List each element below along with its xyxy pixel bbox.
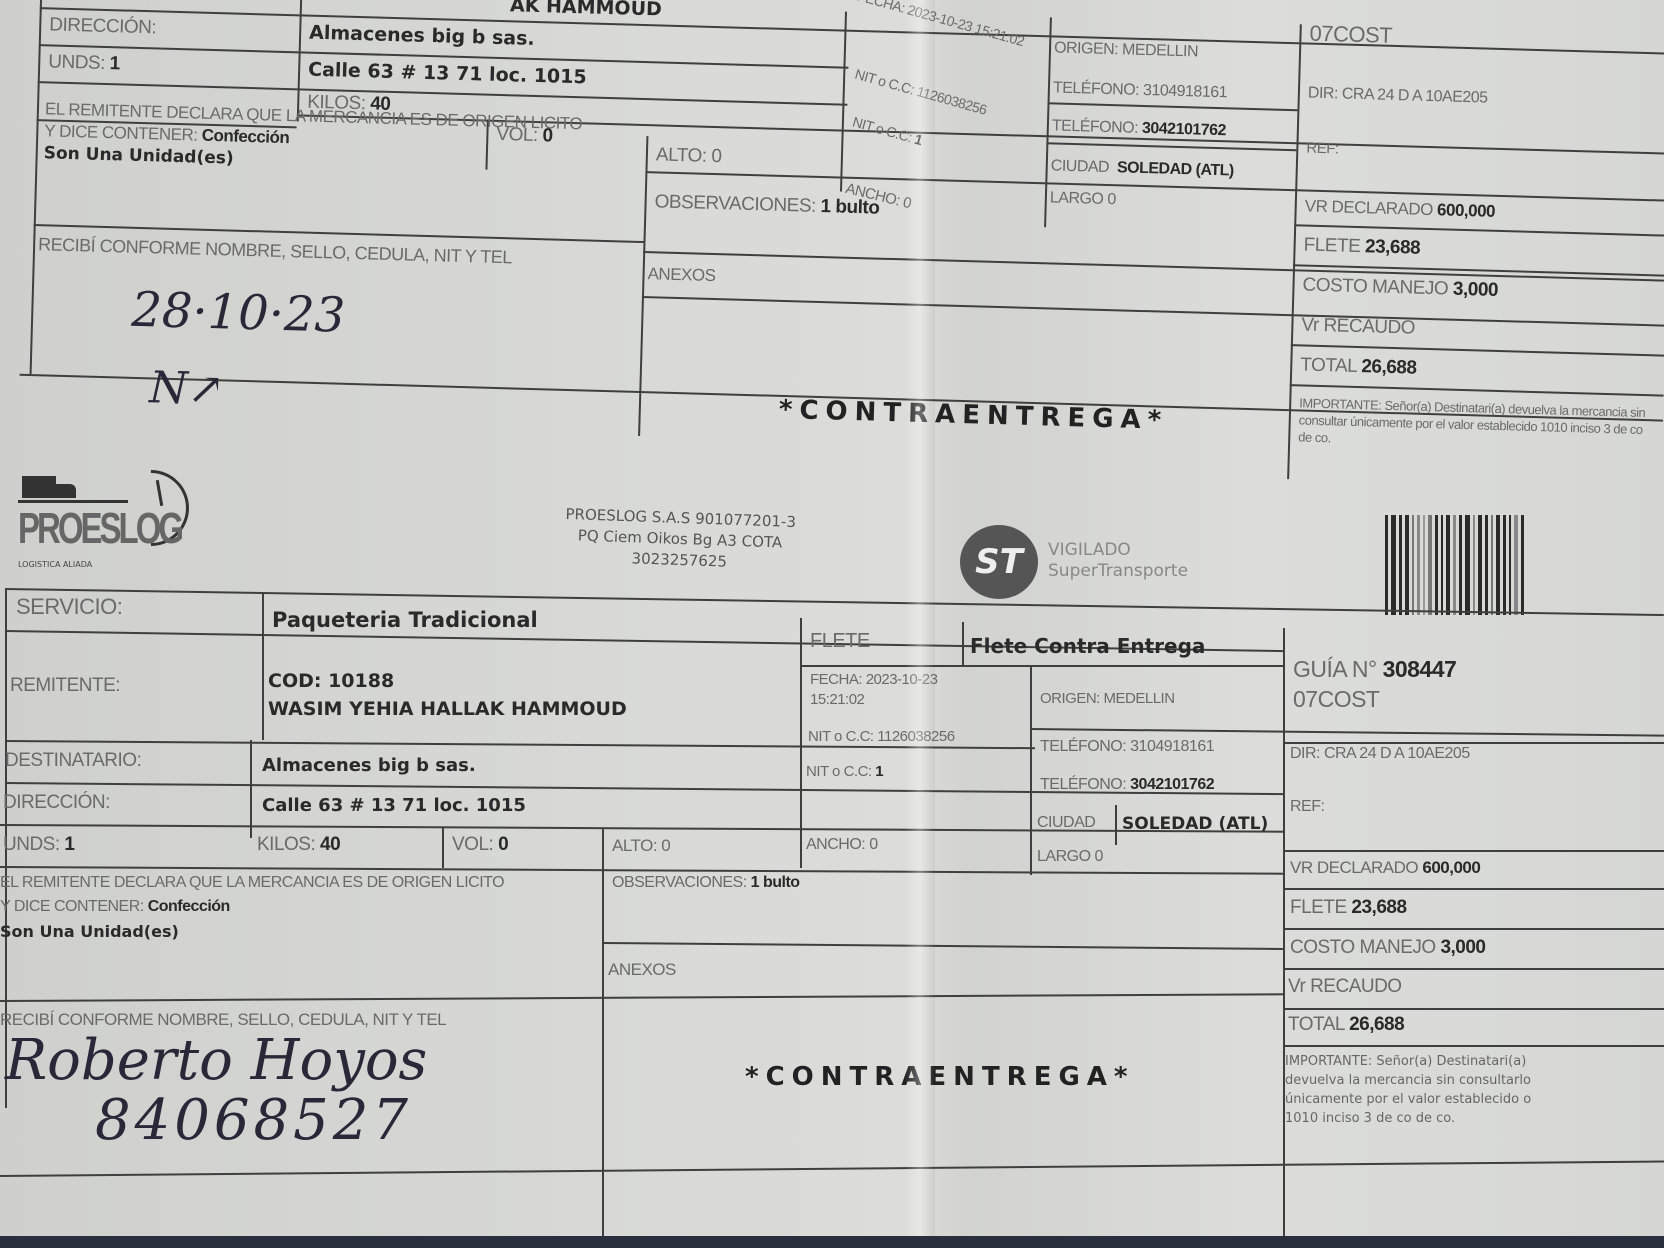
costo-manejo-value: 3,000 xyxy=(1453,279,1499,301)
costo-manejo-field: COSTO MANEJO 3,000 xyxy=(1302,274,1498,301)
declaracion-contents-value: Confección xyxy=(148,898,230,915)
flete-label: FLETE xyxy=(1290,897,1347,918)
paper-fold xyxy=(905,0,935,1248)
unds-label: UNDS: xyxy=(3,834,60,855)
bottom-waybill-copy: SERVICIO: Paqueteria Tradicional FLETE F… xyxy=(0,600,1664,1220)
divider xyxy=(840,12,847,192)
importante-line-3: únicamente por el valor establecido o xyxy=(1285,1090,1664,1109)
vr-declarado-field: VR DECLARADO 600,000 xyxy=(1290,858,1480,878)
company-info: PROESLOG S.A.S 901077201-3 PQ Ciem Oikos… xyxy=(539,503,821,576)
flete-field: FLETE 23,688 xyxy=(1303,235,1420,260)
supertransporte-badge: ST xyxy=(960,525,1038,599)
telefono2-value: 3042101762 xyxy=(1142,120,1226,139)
flete-type-label: FLETE xyxy=(810,630,870,653)
destinatario-value: Almacenes big b sas. xyxy=(309,22,535,50)
divider xyxy=(1046,142,1296,151)
total-field: TOTAL 26,688 xyxy=(1288,1014,1404,1036)
kilos-value: 40 xyxy=(320,834,340,855)
importante-line-2: devuelva la mercancia sin consultarlo xyxy=(1285,1071,1664,1090)
handwritten-mark: N↗ xyxy=(149,362,226,415)
flete-label: FLETE xyxy=(1303,235,1360,258)
total-label: TOTAL xyxy=(1288,1014,1344,1035)
vr-recaudo-label: Vr RECAUDO xyxy=(1288,976,1402,998)
total-label: TOTAL xyxy=(1300,354,1357,377)
divider xyxy=(297,0,302,121)
supertransporte-name: SuperTransporte xyxy=(1048,561,1188,582)
flete-field: FLETE 23,688 xyxy=(1290,897,1407,919)
ancho-label: ANCHO: xyxy=(806,836,865,853)
telefono1-field: TELÉFONO: 3104918161 xyxy=(1040,738,1214,756)
telefono2-label: TELÉFONO: xyxy=(1052,117,1139,136)
alto-value: 0 xyxy=(661,836,670,855)
top-waybill-copy: TARIO: AK HAMMOUD DIRECCIÓN: Almacenes b… xyxy=(0,0,1664,495)
telefono1-field: TELÉFONO: 3104918161 xyxy=(1053,79,1228,102)
total-value: 26,688 xyxy=(1349,1014,1404,1035)
origen-value: MEDELLIN xyxy=(1104,690,1175,707)
divider xyxy=(1283,928,1664,930)
anexos-label: ANEXOS xyxy=(608,960,676,980)
vr-declarado-value: 600,000 xyxy=(1437,200,1495,221)
alto-value: 0 xyxy=(711,146,722,167)
largo-field: LARGO 0 xyxy=(1037,848,1103,866)
handwritten-date: 28·10·23 xyxy=(131,282,346,344)
vol-field: VOL: 0 xyxy=(452,834,508,856)
unds-label-text: UNDS: xyxy=(48,51,105,74)
vr-declarado-field: VR DECLARADO 600,000 xyxy=(1304,197,1495,222)
telefono1-label: TELÉFONO: xyxy=(1040,738,1126,755)
divider xyxy=(442,828,444,868)
divider xyxy=(642,296,1664,327)
ciudad-value: SOLEDAD (ATL) xyxy=(1117,159,1234,179)
contraentrega-stamp: *CONTRAENTREGA* xyxy=(745,1062,1135,1092)
telefono1-value: 3104918161 xyxy=(1143,82,1227,101)
unds-field: UNDS: 1 xyxy=(3,834,74,856)
largo-value: 0 xyxy=(1094,848,1102,865)
guia-label: GUÍA N° xyxy=(1293,656,1377,682)
divider xyxy=(602,942,1283,950)
total-field: TOTAL 26,688 xyxy=(1300,354,1417,379)
origen-field: ORIGEN: MEDELLIN xyxy=(1040,690,1175,707)
unds-value: 1 xyxy=(109,53,120,74)
alto-label: ALTO: xyxy=(656,144,707,166)
ancho-field: ANCHO: 0 xyxy=(806,836,878,854)
ciudad-label: CIUDAD xyxy=(1037,814,1095,832)
observaciones-label: OBSERVACIONES: xyxy=(612,874,747,891)
ancho-value: 0 xyxy=(869,836,877,853)
origen-label: ORIGEN: xyxy=(1054,39,1119,58)
destinatario-label: TARIO: xyxy=(90,0,150,6)
logo-tagline: LOGISTICA ALIADA xyxy=(18,560,92,569)
vol-value: 0 xyxy=(498,834,508,855)
vigilado-text: VIGILADO xyxy=(1048,540,1188,561)
divider xyxy=(800,665,1285,667)
telefono1-label: TELÉFONO: xyxy=(1053,79,1140,98)
ref-label: REF: xyxy=(1290,798,1324,816)
divider xyxy=(1115,805,1117,845)
divider xyxy=(800,618,802,868)
fecha-time: 15:21:02 xyxy=(810,691,864,708)
importante-notice: IMPORTANTE: Señor(a) Destinatari(a) devu… xyxy=(1298,394,1659,455)
unds-label: UNDS: 1 xyxy=(48,51,120,75)
flete-type-value: Flete Contra Entrega xyxy=(970,634,1205,658)
origen-field: ORIGEN: MEDELLIN xyxy=(1054,39,1198,61)
destinatario-label: DESTINATARIO: xyxy=(5,750,141,772)
signature-id: 84068527 xyxy=(95,1088,412,1153)
declaracion-contents-value: Confección xyxy=(201,126,289,147)
divider xyxy=(1047,102,1297,111)
contraentrega-stamp: *CONTRAENTREGA* xyxy=(778,395,1168,436)
direccion-label: DIRECCIÓN: xyxy=(49,14,156,39)
costo-manejo-label: COSTO MANEJO xyxy=(1290,937,1436,958)
servicio-label: SERVICIO: xyxy=(16,594,122,620)
declaracion-contents-label: Y DICE CONTENER: xyxy=(0,898,144,915)
observaciones-value: 1 bulto xyxy=(751,874,800,891)
divider xyxy=(1030,728,1664,737)
divider xyxy=(262,592,264,740)
divider xyxy=(40,7,1664,55)
direccion-value: Calle 63 # 13 71 loc. 1015 xyxy=(262,795,526,816)
supertransporte-text: VIGILADO SuperTransporte xyxy=(1048,540,1188,582)
truck-cab xyxy=(56,484,76,498)
ciudad-label: CIUDAD xyxy=(1051,157,1110,176)
fecha-field: FECHA: 2023-10-23 15:21:02 xyxy=(856,0,1026,49)
desk-edge xyxy=(0,1236,1664,1248)
vr-declarado-label: VR DECLARADO xyxy=(1290,858,1418,877)
divider xyxy=(1283,968,1664,970)
nit2-label: NIT o C.C: xyxy=(806,763,872,780)
divider xyxy=(1030,665,1032,875)
divider xyxy=(250,740,252,838)
telefono1-value: 3104918161 xyxy=(1130,738,1214,755)
alto-field: ALTO: 0 xyxy=(612,836,670,856)
ref-label: REF: xyxy=(1306,140,1339,158)
observaciones-label: OBSERVACIONES: xyxy=(654,191,816,216)
largo-label: LARGO xyxy=(1037,848,1091,865)
truck-icon xyxy=(22,476,56,498)
vr-declarado-label: VR DECLARADO xyxy=(1304,197,1433,220)
divider xyxy=(1283,850,1664,852)
guia-code: 07COST xyxy=(1309,21,1392,49)
recibi-label: RECIBÍ CONFORME NOMBRE, SELLO, CEDULA, N… xyxy=(0,1010,446,1030)
remitente-cod: COD: 10188 xyxy=(268,670,394,692)
divider xyxy=(643,251,1664,282)
flete-value: 23,688 xyxy=(1365,236,1421,259)
servicio-value: Paqueteria Tradicional xyxy=(272,608,538,632)
direccion-value: Calle 63 # 13 71 loc. 1015 xyxy=(308,59,587,89)
divider xyxy=(1283,742,1664,744)
guia-code: 07COST xyxy=(1293,686,1379,713)
observaciones-field: OBSERVACIONES: 1 bulto xyxy=(612,874,800,892)
nit2-field: NIT o C.C: 1 xyxy=(806,763,883,780)
origen-value: MEDELLIN xyxy=(1122,41,1198,60)
alto-field: ALTO: 0 xyxy=(656,144,722,168)
declaracion-line-1: EL REMITENTE DECLARA QUE LA MERCANCIA ES… xyxy=(0,874,504,892)
proeslog-logo: PROESLOG LOGISTICA ALIADA xyxy=(18,470,193,575)
largo-label: LARGO xyxy=(1050,189,1104,207)
alto-label: ALTO: xyxy=(612,836,657,855)
divider xyxy=(0,1160,1664,1177)
declaracion-line-3: Son Una Unidad(es) xyxy=(0,922,179,941)
costo-manejo-label: COSTO MANEJO xyxy=(1302,274,1448,299)
anexos-label: ANEXOS xyxy=(647,264,715,286)
telefono2-field: TELÉFONO: 3042101762 xyxy=(1040,776,1214,794)
declaracion-contents-label: Y DICE CONTENER: xyxy=(44,121,198,144)
vr-declarado-value: 600,000 xyxy=(1422,858,1480,877)
ciudad-value: SOLEDAD (ATL) xyxy=(1122,814,1268,834)
remitente-value: AK HAMMOUD xyxy=(510,0,662,20)
dir-line: DIR: CRA 24 D A 10AE205 xyxy=(1290,745,1470,763)
importante-notice: IMPORTANTE: Señor(a) Destinatari(a) devu… xyxy=(1285,1052,1664,1128)
divider xyxy=(1283,888,1664,890)
kilos-field: KILOS: 40 xyxy=(257,834,340,856)
importante-line-1: IMPORTANTE: Señor(a) Destinatari(a) xyxy=(1285,1052,1664,1071)
declaracion-line-2: Y DICE CONTENER: Confección xyxy=(0,898,230,916)
guia-field: GUÍA N° 308447 xyxy=(1293,656,1456,683)
kilos-label: KILOS: xyxy=(257,834,315,855)
total-value: 26,688 xyxy=(1361,356,1417,379)
largo-value: 0 xyxy=(1107,191,1116,208)
recibi-label: RECIBÍ CONFORME NOMBRE, SELLO, CEDULA, N… xyxy=(38,234,512,268)
costo-manejo-value: 3,000 xyxy=(1440,937,1485,958)
observaciones-value: 1 bulto xyxy=(820,196,879,219)
flete-value: 23,688 xyxy=(1351,897,1406,918)
declaracion-line-3: Son Una Unidad(es) xyxy=(43,143,233,168)
telefono2-value: 3042101762 xyxy=(1130,776,1214,793)
signature-name: Roberto Hoyos xyxy=(5,1028,427,1093)
unds-value: 1 xyxy=(64,834,74,855)
divider xyxy=(1283,628,1285,1248)
guia-number: 308447 xyxy=(1383,656,1457,682)
nit1-label: NIT o C.C: xyxy=(808,728,874,745)
costo-manejo-field: COSTO MANEJO 3,000 xyxy=(1290,937,1486,959)
remitente-name: WASIM YEHIA HALLAK HAMMOUD xyxy=(268,698,627,720)
telefono2-label: TELÉFONO: xyxy=(1040,776,1126,793)
divider xyxy=(30,0,43,374)
vol-label: VOL: xyxy=(452,834,493,855)
divider xyxy=(1283,1045,1664,1047)
nit2-value: 1 xyxy=(875,763,883,780)
fecha-label: FECHA: xyxy=(856,0,907,16)
ciudad-field: CIUDAD SOLEDAD (ATL) xyxy=(1051,157,1234,180)
destinatario-value: Almacenes big b sas. xyxy=(262,755,476,776)
divider xyxy=(602,828,604,1248)
divider xyxy=(0,993,1285,1002)
origen-label: ORIGEN: xyxy=(1040,690,1100,707)
divider xyxy=(1283,1008,1664,1010)
remitente-label: REMITENTE: xyxy=(10,675,120,697)
fecha-label: FECHA: xyxy=(810,671,862,688)
direccion-label: DIRECCIÓN: xyxy=(3,792,110,814)
importante-line-4: 1010 inciso 3 de co de co. xyxy=(1285,1109,1664,1128)
largo-field: LARGO 0 xyxy=(1050,189,1116,209)
logo-text: PROESLOG xyxy=(18,504,181,554)
dir-line: DIR: CRA 24 D A 10AE205 xyxy=(1308,85,1488,108)
road-line xyxy=(18,500,128,503)
vr-recaudo-label: Vr RECAUDO xyxy=(1301,314,1415,339)
